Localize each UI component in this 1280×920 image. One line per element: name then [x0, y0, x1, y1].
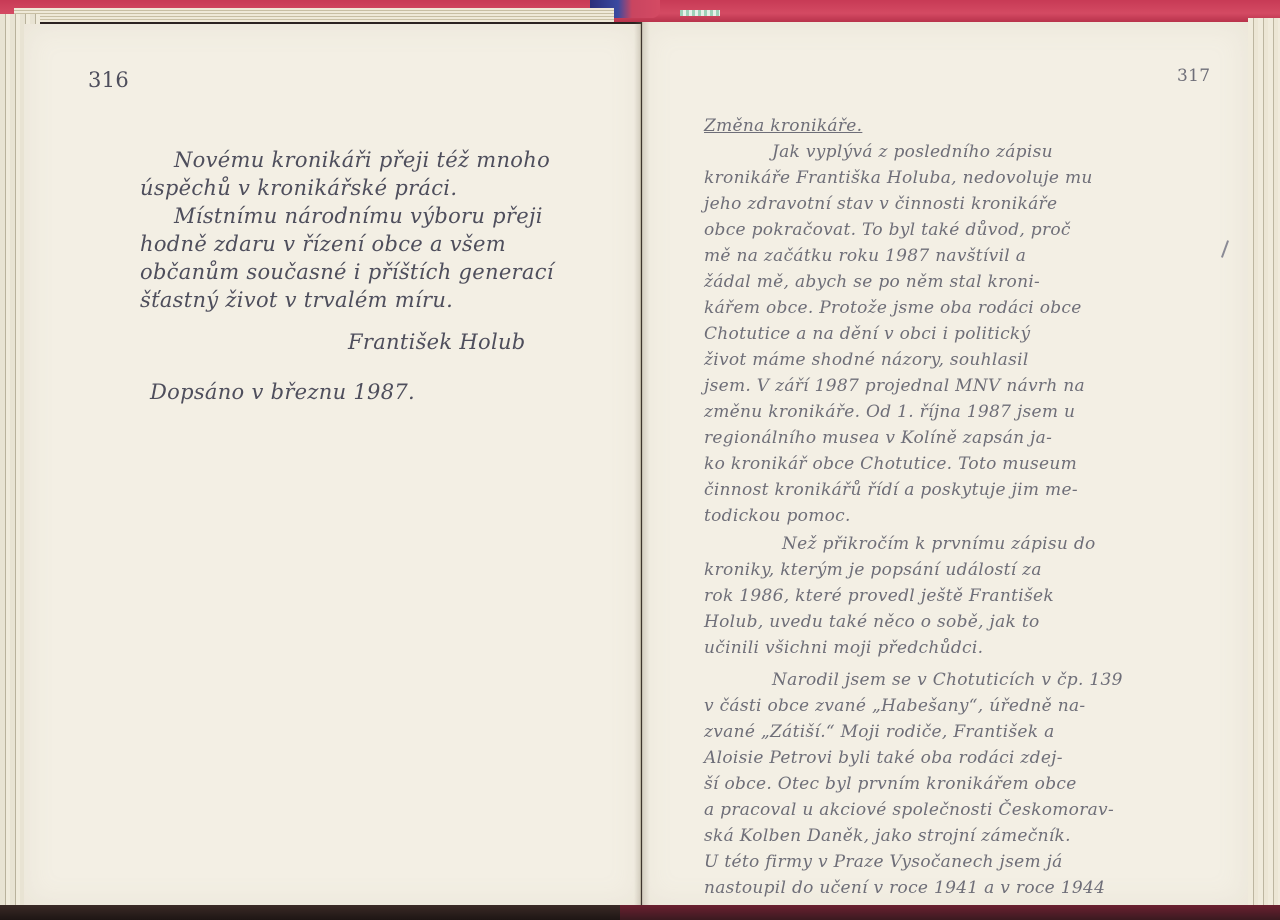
book-gutter	[634, 22, 650, 906]
text-line: život máme shodné názory, souhlasil	[704, 350, 1029, 370]
text-line: žádal mě, abych se po něm stal kroni-	[704, 272, 1040, 292]
text-line: jeho zdravotní stav v činnosti kronikáře	[704, 194, 1057, 214]
text-line: mě na začátku roku 1987 navštívil a	[704, 246, 1026, 266]
closing-note: Dopsáno v březnu 1987.	[150, 380, 415, 404]
text-line: kronikáře Františka Holuba, nedovoluje m…	[704, 168, 1093, 188]
text-line: ko kronikář obce Chotutice. Toto museum	[704, 454, 1077, 474]
text-line: Než přikročím k prvnímu zápisu do	[782, 534, 1096, 554]
text-line: Novému kronikáři přeji též mnoho	[174, 148, 550, 172]
text-line: hodně zdaru v řízení obce a všem	[140, 232, 506, 256]
text-line: rok 1986, které provedl ještě František	[704, 586, 1054, 606]
text-line: kářem obce. Protože jsme oba rodáci obce	[704, 298, 1082, 318]
text-line: U této firmy v Praze Vysočanech jsem já	[704, 852, 1063, 872]
page-number-right: 317	[1177, 66, 1210, 86]
text-line: změnu kronikáře. Od 1. října 1987 jsem u	[704, 402, 1075, 422]
page-stack-right-edge	[1248, 18, 1280, 906]
pencil-mark	[1221, 240, 1229, 258]
text-line: Chotutice a na dění v obci i politický	[704, 324, 1030, 344]
text-line: učinili všichni moji předchůdci.	[704, 638, 983, 658]
headband-bead	[680, 10, 720, 16]
text-line: v části obce zvané „Habešany“, úředně na…	[704, 696, 1085, 716]
text-line: Aloisie Petrovi byli také oba rodáci zde…	[704, 748, 1063, 768]
text-line: kroniky, kterým je popsání událostí za	[704, 560, 1042, 580]
text-line: Místnímu národnímu výboru přeji	[174, 204, 543, 228]
section-heading: Změna kronikáře.	[704, 116, 862, 136]
right-page: 317 Změna kronikáře. Jak vyplývá z posle…	[642, 22, 1248, 906]
text-line: jsem. V září 1987 projednal MNV návrh na	[704, 376, 1085, 396]
text-line: todickou pomoc.	[704, 506, 851, 526]
text-line: činnost kronikářů řídí a poskytuje jim m…	[704, 480, 1078, 500]
text-line: Jak vyplývá z posledního zápisu	[772, 142, 1053, 162]
signature: František Holub	[348, 330, 526, 354]
text-line: ská Kolben Daněk, jako strojní zámečník.	[704, 826, 1071, 846]
left-page: 316 Novému kronikáři přeji též mnoho úsp…	[24, 24, 641, 906]
page-stack-top	[14, 8, 614, 22]
text-line: nastoupil do učení v roce 1941 a v roce …	[704, 878, 1105, 898]
text-line: úspěchů v kronikářské práci.	[140, 176, 457, 200]
page-number-left: 316	[88, 68, 129, 92]
text-line: Holub, uvedu také něco o sobě, jak to	[704, 612, 1040, 632]
text-line: zvané „Zátiší.“ Moji rodiče, František a	[704, 722, 1055, 742]
text-line: ší obce. Otec byl prvním kronikářem obce	[704, 774, 1077, 794]
text-line: regionálního musea v Kolíně zapsán ja-	[704, 428, 1052, 448]
text-line: šťastný život v trvalém míru.	[140, 288, 453, 312]
book-cover-bottom-edge	[0, 905, 1280, 920]
cover-bottom-red	[620, 905, 1280, 920]
text-line: a pracoval u akciové společnosti Českomo…	[704, 800, 1114, 820]
text-line: Narodil jsem se v Chotuticích v čp. 139	[772, 670, 1123, 690]
text-line: obce pokračovat. To byl také důvod, proč	[704, 220, 1071, 240]
text-line: občanům současné i příštích generací	[140, 260, 554, 284]
